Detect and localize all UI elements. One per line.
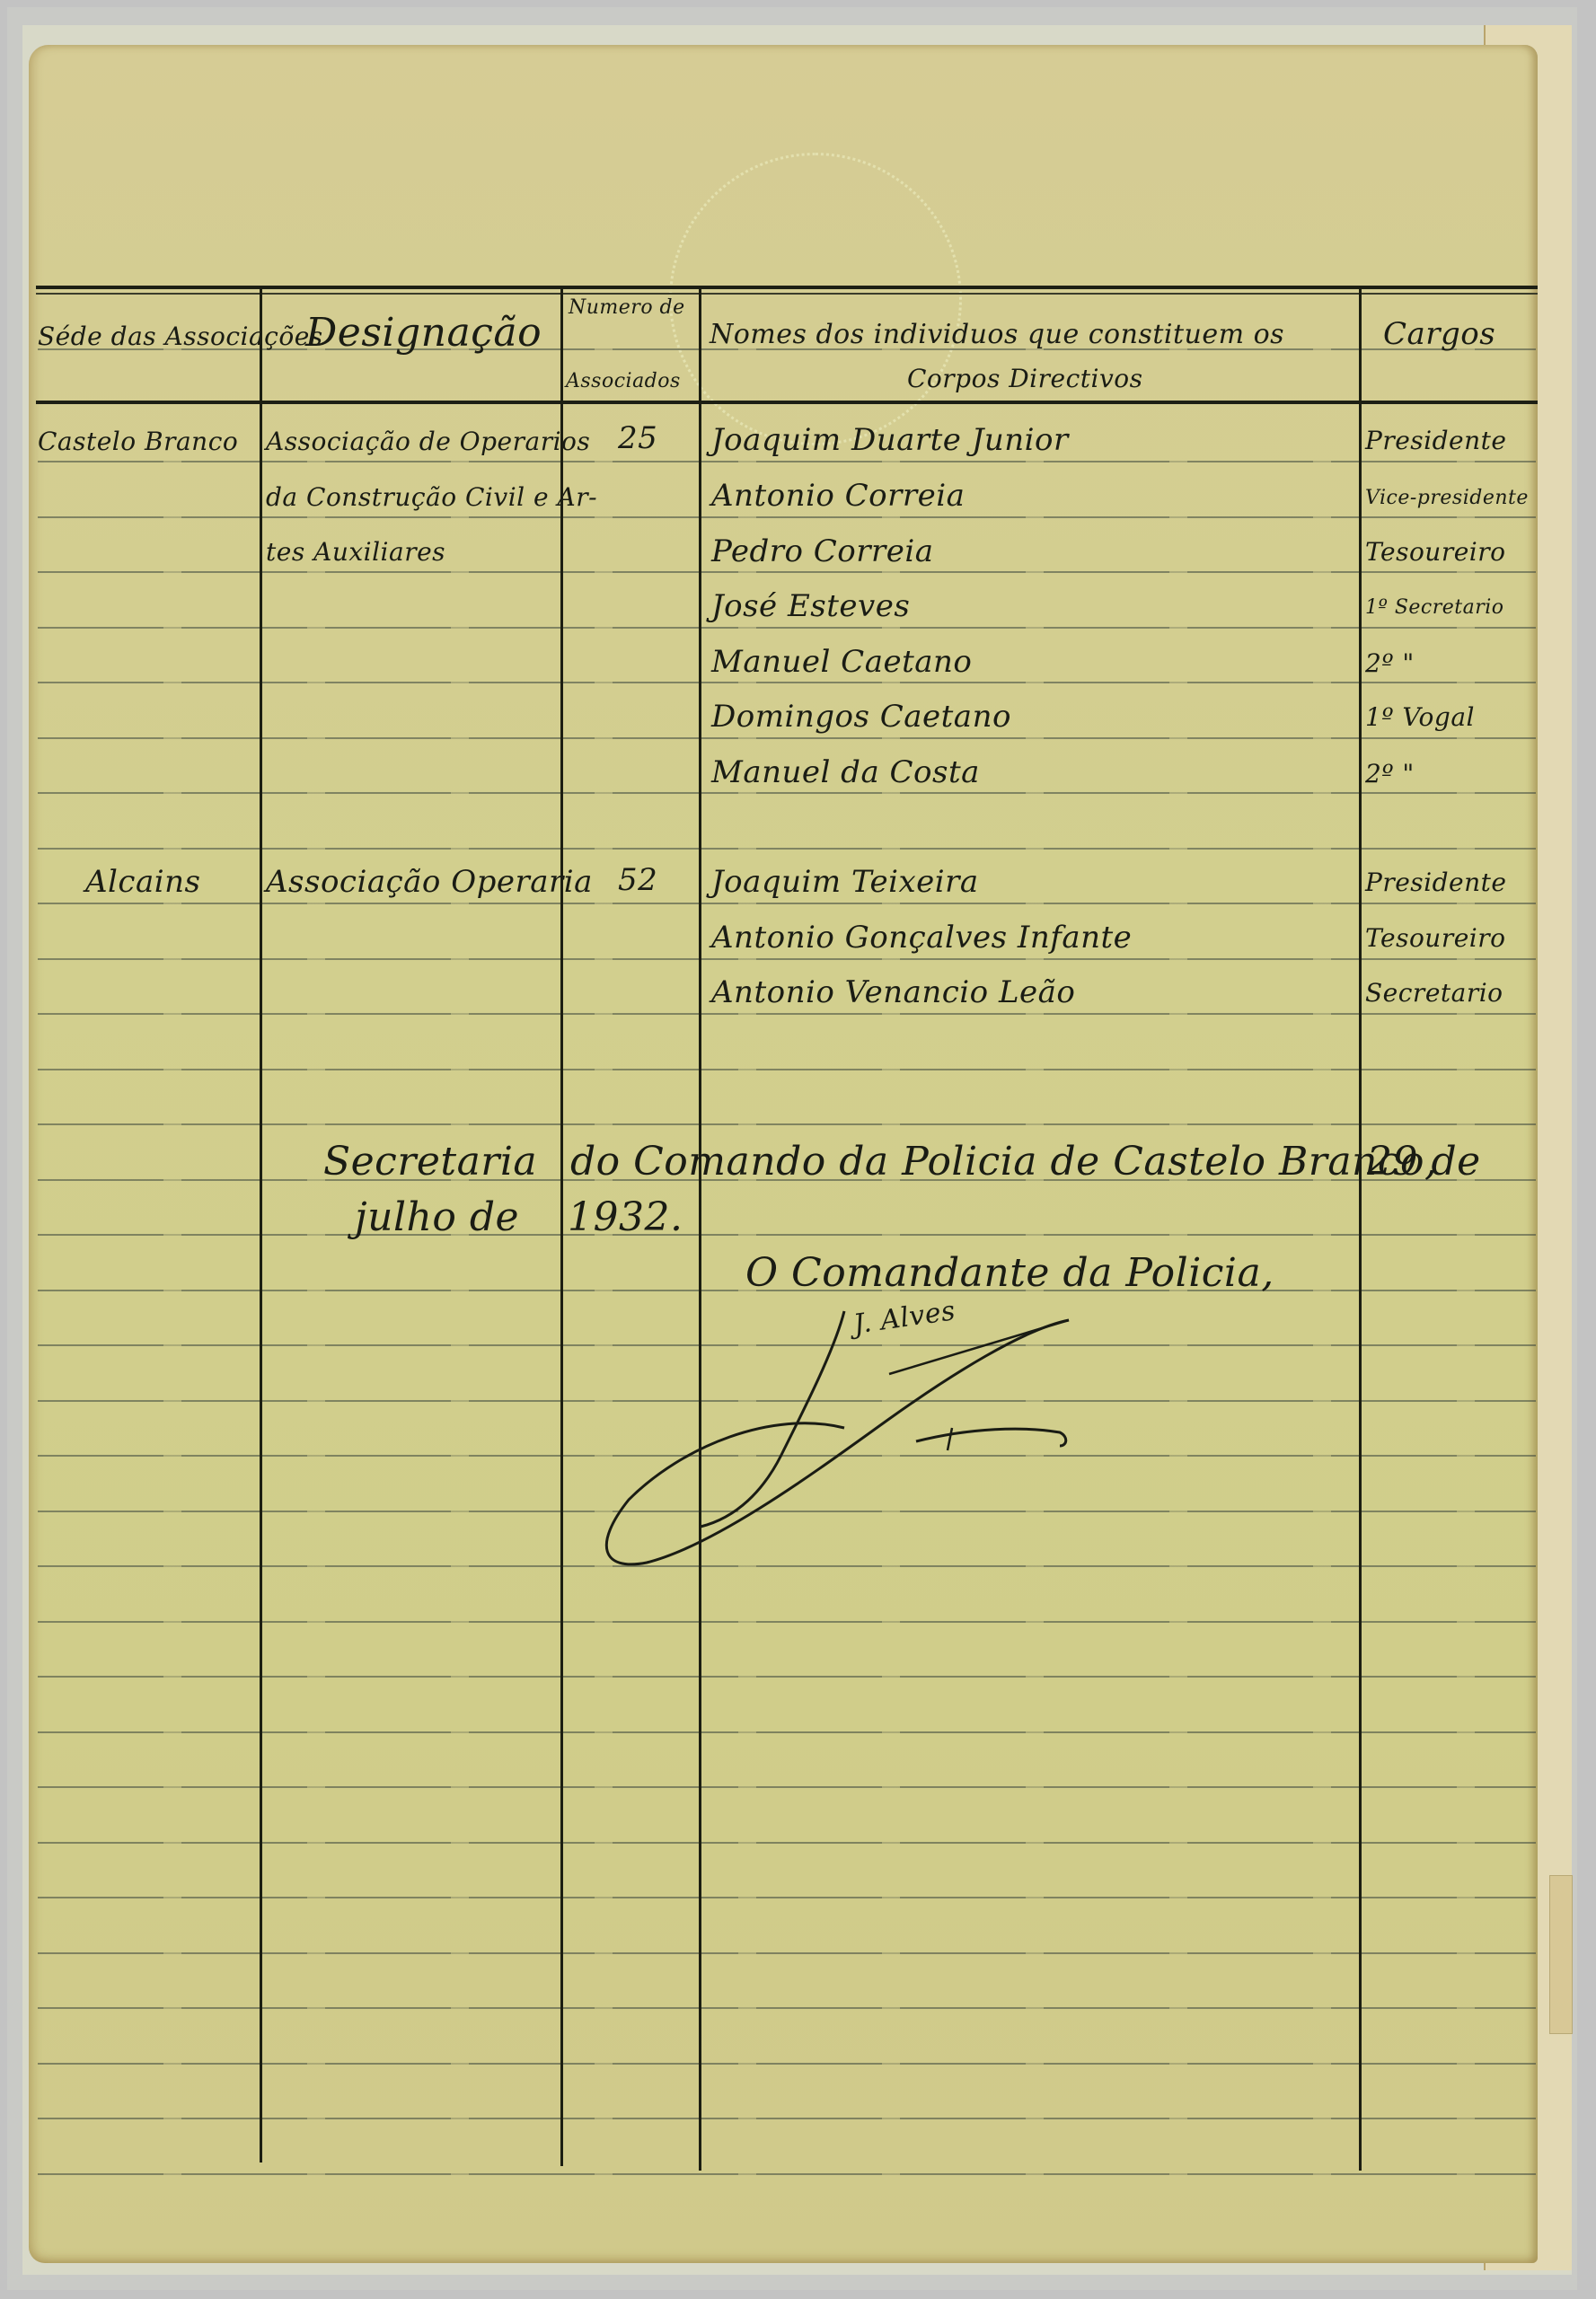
header-nomes-line2: Corpos Directivos	[907, 364, 1143, 393]
ruled-line	[38, 792, 1536, 794]
assoc-1-member-5-name: Manuel Caetano	[711, 644, 972, 680]
assoc-1-member-4-name: José Esteves	[711, 588, 910, 624]
ruled-line	[38, 627, 1536, 629]
underlying-sheet-tab	[1549, 1875, 1573, 2034]
ruled-line	[38, 1897, 1536, 1898]
ruled-line	[38, 1786, 1536, 1788]
ruled-line	[38, 682, 1536, 683]
ruled-line	[38, 737, 1536, 739]
header-cargos: Cargos	[1383, 316, 1495, 352]
assoc-1-member-6-cargo: 1º Vogal	[1365, 702, 1475, 732]
assoc-2-member-1-cargo: Presidente	[1365, 868, 1506, 897]
ruled-line	[38, 1069, 1536, 1070]
ruled-line	[38, 1234, 1536, 1236]
assoc-1-member-4-cargo: 1º Secretario	[1365, 596, 1504, 619]
column-divider-2	[560, 289, 563, 2166]
assoc-1-member-5-cargo: 2º "	[1365, 648, 1415, 678]
assoc-1-designacao-line3: tes Auxiliares	[266, 537, 445, 567]
ruled-line	[38, 1013, 1536, 1015]
ruled-line	[38, 1952, 1536, 1954]
ruled-line	[38, 461, 1536, 462]
header-nomes-line1: Nomes dos individuos que constituem os	[710, 319, 1284, 350]
assoc-1-numero: 25	[618, 420, 657, 456]
assoc-1-designacao-line1: Associação de Operarios	[266, 427, 590, 456]
column-divider-3	[699, 289, 701, 2171]
assoc-2-member-2-cargo: Tesoureiro	[1365, 923, 1505, 953]
ruled-line	[38, 848, 1536, 850]
assoc-1-member-7-cargo: 2º "	[1365, 759, 1415, 788]
assoc-1-member-3-cargo: Tesoureiro	[1365, 537, 1505, 567]
ruled-line	[38, 903, 1536, 904]
assoc-1-member-6-name: Domingos Caetano	[711, 699, 1011, 735]
ruled-line	[38, 516, 1536, 518]
assoc-1-member-2-cargo: Vice-presidente	[1365, 487, 1529, 509]
column-divider-1	[260, 289, 262, 2162]
assoc-1-member-3-name: Pedro Correia	[711, 533, 934, 569]
header-numero-line1: Numero de	[569, 296, 685, 319]
ruled-line	[38, 1731, 1536, 1733]
ruled-line	[38, 2173, 1536, 2175]
assoc-2-sede: Alcains	[85, 864, 200, 900]
closing-secretaria: Secretaria	[323, 1139, 537, 1185]
header-sede: Séde das Associações	[38, 322, 323, 351]
closing-day: 29 de	[1367, 1139, 1481, 1185]
ruled-line	[38, 2063, 1536, 2065]
assoc-2-member-2-name: Antonio Gonçalves Infante	[711, 920, 1132, 956]
assoc-2-member-3-cargo: Secretario	[1365, 978, 1503, 1008]
ruled-line	[38, 2118, 1536, 2119]
header-designacao: Designação	[305, 310, 542, 356]
assoc-1-designacao-line2: da Construção Civil e Ar-	[266, 482, 597, 512]
assoc-1-member-1-cargo: Presidente	[1365, 426, 1506, 455]
ruled-line	[38, 1123, 1536, 1125]
assoc-1-member-1-name: Joaquim Duarte Junior	[711, 422, 1069, 458]
assoc-1-sede: Castelo Branco	[38, 427, 238, 456]
assoc-2-member-1-name: Joaquim Teixeira	[711, 864, 979, 900]
assoc-1-member-7-name: Manuel da Costa	[711, 754, 980, 790]
ruled-line	[38, 958, 1536, 960]
ruled-line	[38, 1621, 1536, 1623]
header-numero-line2: Associados	[566, 370, 681, 392]
assoc-2-designacao-line1: Associação Operaria	[266, 864, 593, 900]
assoc-2-member-3-name: Antonio Venancio Leão	[711, 974, 1075, 1010]
closing-year: 1932.	[568, 1194, 683, 1240]
closing-comando: do Comando da Policia de Castelo Branco,	[570, 1139, 1438, 1185]
column-divider-4	[1359, 289, 1362, 2171]
assoc-2-numero: 52	[618, 862, 657, 898]
assoc-1-member-2-name: Antonio Correia	[711, 478, 965, 514]
closing-signoff: O Comandante da Policia,	[745, 1250, 1274, 1296]
closing-month: julho de	[355, 1194, 519, 1240]
ruled-line	[38, 571, 1536, 573]
ruled-line	[38, 2007, 1536, 2009]
ruled-line	[38, 1676, 1536, 1678]
ruled-line	[38, 1842, 1536, 1844]
